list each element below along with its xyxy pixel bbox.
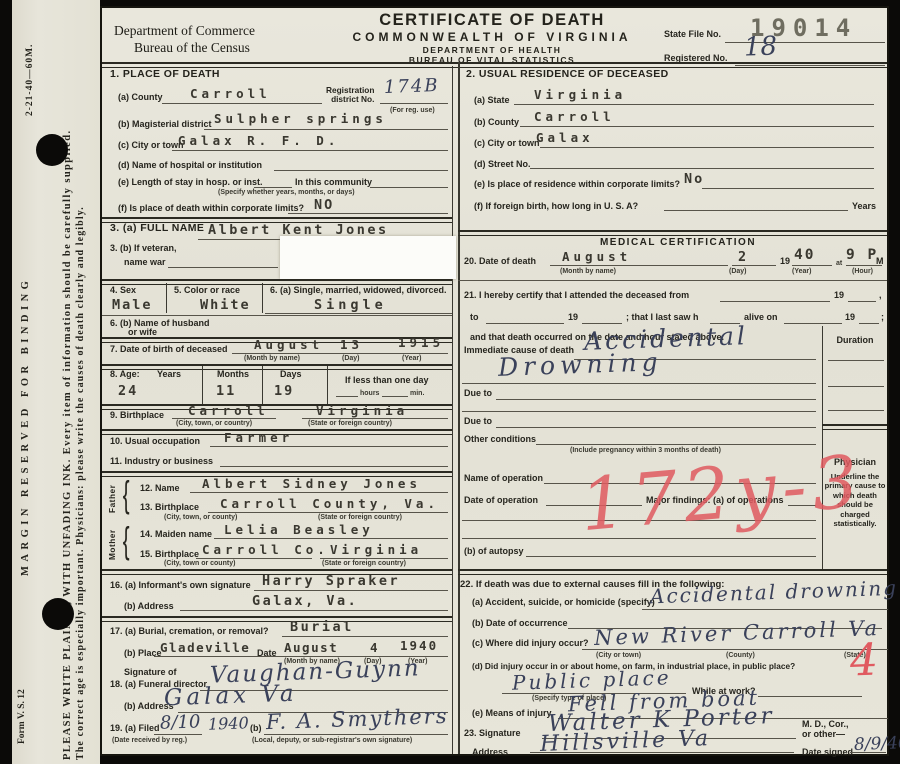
mother-birthplace-label: 15. Birthplace bbox=[140, 550, 199, 559]
rule bbox=[784, 323, 842, 324]
certificate-title: CERTIFICATE OF DEATH bbox=[322, 12, 662, 29]
age-days-value: 19 bbox=[274, 384, 294, 398]
year-caption: (Year) bbox=[402, 355, 421, 362]
rule bbox=[458, 280, 887, 281]
spouse-label-line1: 6. (b) Name of husband bbox=[110, 319, 210, 328]
rule bbox=[732, 265, 776, 266]
hours-label: hours bbox=[360, 390, 379, 397]
burial-value: Burial bbox=[290, 620, 354, 634]
due-to-label-1: Due to bbox=[464, 389, 492, 398]
sex-label: 4. Sex bbox=[110, 286, 136, 295]
rule bbox=[232, 353, 448, 354]
medical-certification-title: MEDICAL CERTIFICATION bbox=[558, 238, 798, 249]
rule bbox=[380, 103, 448, 104]
punch-hole bbox=[36, 134, 68, 166]
funeral-director-address: Galax Va bbox=[164, 682, 298, 711]
injury-county-caption: (County) bbox=[726, 652, 755, 659]
date-of-death-day: 2 bbox=[738, 250, 748, 264]
maiden-name-label: 14. Maiden name bbox=[140, 530, 212, 539]
occupation-value: Farmer bbox=[224, 431, 293, 444]
column-divider bbox=[452, 66, 453, 754]
residence-city-value: Galax bbox=[536, 131, 594, 144]
means-of-injury-label: (e) Means of injury bbox=[472, 709, 552, 718]
dod-month-caption: (Month by name) bbox=[560, 268, 616, 275]
residence-state-label: (a) State bbox=[474, 96, 510, 105]
cell-divider bbox=[262, 283, 263, 313]
certify2-19a: 19 bbox=[568, 313, 578, 322]
cell-divider bbox=[262, 366, 263, 404]
informant-addr-label: (b) Address bbox=[124, 602, 174, 611]
duration-divider bbox=[822, 424, 887, 430]
rule bbox=[828, 410, 884, 411]
residence-corporate-value: No bbox=[684, 172, 704, 186]
rule bbox=[526, 556, 816, 557]
birthplace-label: 9. Birthplace bbox=[110, 411, 164, 420]
binding-margin: 2-21-40—60M. MARGIN RESERVED FOR BINDING… bbox=[12, 0, 100, 764]
father-bp-city-caption: (City, town, or county) bbox=[164, 514, 237, 521]
red-pencil-number: 4 bbox=[849, 638, 879, 685]
mother-birthplace-state: Virginia bbox=[330, 543, 422, 556]
section-divider bbox=[102, 616, 452, 622]
birthplace-city: Carroll bbox=[188, 404, 269, 417]
registrar-sig-caption: (Local, deputy, or sub-registrar's own s… bbox=[252, 737, 412, 744]
registrar-signature: F. A. Smythers bbox=[266, 705, 449, 733]
industry-label: 11. Industry or business bbox=[110, 457, 213, 466]
pod-county-label: (a) County bbox=[118, 93, 163, 102]
filed-label: 19. (a) Filed bbox=[110, 724, 160, 733]
rule bbox=[370, 187, 448, 188]
dod-year-caption: (Year) bbox=[792, 268, 811, 275]
rule bbox=[162, 103, 322, 104]
rule bbox=[520, 126, 874, 127]
mother-birthplace-city: Carroll Co. bbox=[202, 543, 329, 556]
certify2-19b: 19 bbox=[845, 313, 855, 322]
foreign-birth-label: (f) If foreign birth, how long in U. S. … bbox=[474, 202, 638, 211]
full-name-label: 3. (a) FULL NAME bbox=[110, 223, 204, 234]
informant-addr-value: Galax, Va. bbox=[252, 594, 358, 608]
funeral-sig-label-line1: Signature of bbox=[124, 668, 177, 677]
rule bbox=[210, 446, 448, 447]
rule bbox=[582, 649, 888, 650]
injury-place-label: (c) Where did injury occur? bbox=[472, 639, 589, 648]
residence-state-value: Virginia bbox=[534, 88, 626, 101]
place-of-death-title: 1. PLACE OF DEATH bbox=[110, 69, 220, 80]
birth-date-label: 7. Date of birth of deceased bbox=[110, 345, 228, 354]
rule bbox=[282, 636, 448, 637]
residence-corporate-label: (e) Is place of residence within corpora… bbox=[474, 180, 680, 189]
rule bbox=[540, 147, 874, 148]
cell-divider bbox=[202, 366, 203, 404]
father-brace: { bbox=[123, 476, 130, 515]
pod-county-value: Carroll bbox=[190, 87, 271, 100]
birth-month: August bbox=[254, 338, 323, 351]
immediate-cause-value-line2: Drowning bbox=[498, 349, 663, 381]
print-code: 2-21-40—60M. bbox=[26, 44, 36, 116]
for-reg-use-note: (For reg. use) bbox=[390, 107, 435, 114]
rule bbox=[265, 313, 452, 314]
rule bbox=[859, 323, 879, 324]
age-label: 8. Age: bbox=[110, 370, 140, 379]
pod-corporate-label: (f) Is place of death within corporate l… bbox=[118, 204, 304, 213]
birthplace-state-caption: (State or foreign country) bbox=[308, 420, 392, 427]
at-label: at bbox=[836, 260, 842, 267]
father-name-value: Albert Sidney Jones bbox=[202, 477, 421, 490]
race-value: White bbox=[200, 298, 251, 312]
filed-date-caption: (Date received by reg.) bbox=[112, 737, 187, 744]
dept-of-health: DEPARTMENT OF HEALTH bbox=[322, 46, 662, 55]
certify2-alive: alive on bbox=[744, 313, 778, 322]
burial-place-label: (b) Place bbox=[124, 649, 162, 658]
cell-divider bbox=[166, 283, 167, 313]
md-cor-label-line2: or other— bbox=[802, 730, 845, 739]
filed-year: 1940 bbox=[208, 715, 249, 733]
burial-label: 17. (a) Burial, cremation, or removal? bbox=[110, 627, 269, 636]
rule bbox=[514, 104, 874, 105]
filed-date: 8/10 bbox=[160, 713, 201, 733]
rule bbox=[274, 170, 448, 171]
rule bbox=[154, 734, 202, 735]
father-bp-state-caption: (State or foreign country) bbox=[318, 514, 402, 521]
rule bbox=[208, 512, 448, 513]
burial-date-year: 1940 bbox=[400, 639, 438, 652]
section-divider bbox=[102, 364, 452, 370]
rule bbox=[190, 492, 448, 493]
rule bbox=[496, 427, 816, 428]
rule bbox=[462, 383, 816, 384]
years-label: Years bbox=[852, 202, 876, 211]
rule bbox=[172, 418, 276, 419]
certify-line1: 21. I hereby certify that I attended the… bbox=[464, 291, 689, 300]
certify2-lastsaw: ; that I last saw h bbox=[626, 313, 699, 322]
mother-bp-state-caption: (State or foreign country) bbox=[322, 560, 406, 567]
punch-hole bbox=[42, 598, 74, 630]
occurrence-date-label: (b) Date of occurrence bbox=[472, 619, 568, 628]
residence-county-label: (b) County bbox=[474, 118, 519, 127]
birth-day: 13 bbox=[340, 338, 363, 351]
injury-city-caption: (City or town) bbox=[596, 652, 641, 659]
magisterial-district-label: (b) Magisterial district bbox=[118, 120, 212, 129]
marital-label: 6. (a) Single, married, widowed, divorce… bbox=[270, 286, 447, 295]
veteran-label-line2: name war bbox=[124, 258, 166, 267]
age-months-value: 11 bbox=[216, 384, 236, 398]
informant-sig-label: 16. (a) Informant's own signature bbox=[110, 581, 251, 590]
rule bbox=[288, 213, 448, 214]
age-years-value: 24 bbox=[118, 384, 138, 398]
father-name-label: 12. Name bbox=[140, 484, 180, 493]
reg-district-number: 174B bbox=[384, 77, 440, 98]
dod-hour-caption: (Hour) bbox=[852, 268, 873, 275]
section-divider bbox=[458, 569, 887, 575]
rule bbox=[382, 396, 408, 397]
residence-county-value: Carroll bbox=[534, 110, 615, 123]
mother-name-value: Lelia Beasley bbox=[224, 523, 374, 536]
burial-date-label: Date bbox=[257, 649, 277, 658]
street-no-label: (d) Street No. bbox=[474, 160, 531, 169]
section-divider bbox=[458, 230, 887, 236]
column-divider bbox=[458, 62, 460, 754]
certify1-comma: , bbox=[879, 291, 882, 300]
binding-note: MARGIN RESERVED FOR BINDING bbox=[20, 277, 31, 576]
date-signed-label: Date signed bbox=[802, 748, 853, 757]
rule bbox=[582, 323, 622, 324]
birthplace-city-caption: (City, town, or country) bbox=[176, 420, 252, 427]
agency-line1: Department of Commerce bbox=[114, 24, 255, 38]
less-than-day-label: If less than one day bbox=[345, 376, 429, 385]
operation-name-label: Name of operation bbox=[464, 474, 543, 483]
rule bbox=[254, 187, 292, 188]
rule bbox=[720, 301, 830, 302]
rule bbox=[828, 360, 884, 361]
rule bbox=[758, 696, 862, 697]
stay-note: (Specify whether years, months, or days) bbox=[218, 189, 355, 196]
reg-district-label-line2: district No. bbox=[326, 95, 374, 104]
rule bbox=[536, 444, 816, 445]
registered-number-handwritten: 18 bbox=[744, 33, 778, 61]
burial-place-value: Gladeville bbox=[160, 641, 250, 654]
state-file-label: State File No. bbox=[664, 30, 721, 39]
due-to-label-2: Due to bbox=[464, 417, 492, 426]
rule bbox=[642, 609, 888, 610]
rule bbox=[168, 267, 278, 268]
rule bbox=[180, 610, 448, 611]
informant-sig-value: Harry Spraker bbox=[262, 574, 400, 588]
community-label: In this community bbox=[295, 178, 372, 187]
rule bbox=[302, 418, 448, 419]
hospital-label: (d) Name of hospital or institution bbox=[118, 161, 262, 170]
rule bbox=[172, 150, 448, 151]
residence-title: 2. USUAL RESIDENCE OF DECEASED bbox=[466, 69, 669, 80]
rule bbox=[530, 752, 794, 753]
date-of-death-label: 20. Date of death bbox=[464, 257, 536, 266]
age-years-label: Years bbox=[157, 370, 181, 379]
margin-advice-line2: The correct age is especially important.… bbox=[76, 32, 87, 760]
reg-district-label: Registration district No. bbox=[326, 86, 374, 103]
certify1-19: 19 bbox=[834, 291, 844, 300]
certify2-to: to bbox=[470, 313, 479, 322]
month-caption: (Month by name) bbox=[244, 355, 300, 362]
date-of-death-year: 40 bbox=[794, 248, 815, 263]
rule bbox=[102, 315, 452, 316]
rule bbox=[204, 129, 448, 130]
other-conditions-label: Other conditions bbox=[464, 435, 536, 444]
marital-value: Single bbox=[314, 298, 387, 312]
rule bbox=[336, 396, 358, 397]
age-days-label: Days bbox=[280, 370, 302, 379]
rule bbox=[550, 265, 728, 266]
physician-sig-label: 23. Signature bbox=[464, 729, 521, 738]
rule bbox=[254, 590, 448, 591]
rule bbox=[530, 168, 874, 169]
mother-brace: { bbox=[123, 522, 130, 561]
burial-date-month: August bbox=[284, 641, 338, 654]
redaction-box bbox=[280, 236, 456, 279]
rule bbox=[486, 323, 564, 324]
operation-date-label: Date of operation bbox=[464, 496, 538, 505]
cell-divider bbox=[327, 366, 328, 404]
day-caption: (Day) bbox=[342, 355, 360, 362]
mother-label: Mother bbox=[108, 529, 117, 560]
race-label: 5. Color or race bbox=[174, 286, 240, 295]
commonwealth-subtitle: COMMONWEALTH OF VIRGINIA bbox=[322, 31, 662, 44]
date-of-death-hour: 9 P bbox=[846, 248, 878, 263]
certify2-semicolon: ; bbox=[881, 313, 884, 322]
stay-label: (e) Length of stay in hosp. or inst. bbox=[118, 178, 263, 187]
rule bbox=[828, 386, 884, 387]
duration-label: Duration bbox=[824, 336, 886, 345]
autopsy-label: (b) of autopsy bbox=[464, 547, 524, 556]
form-number: Form V. S. 12 bbox=[18, 689, 28, 744]
dod-day-caption: (Day) bbox=[729, 268, 747, 275]
rule bbox=[850, 752, 886, 753]
min-label: min. bbox=[410, 390, 424, 397]
rule bbox=[496, 399, 816, 400]
pod-city-value: Galax R. F. D. bbox=[178, 134, 339, 147]
occupation-label: 10. Usual occupation bbox=[110, 437, 200, 446]
date-of-death-month: August bbox=[562, 250, 631, 263]
rule bbox=[264, 734, 448, 735]
burial-date-day: 4 bbox=[370, 641, 380, 654]
agency-line2: Bureau of the Census bbox=[134, 41, 250, 55]
death-certificate-form: Department of Commerce Bureau of the Cen… bbox=[100, 6, 889, 756]
age-months-label: Months bbox=[217, 370, 249, 379]
pod-corporate-value: NO bbox=[314, 198, 334, 212]
accident-label: (a) Accident, suicide, or homicide (spec… bbox=[472, 598, 655, 607]
rule bbox=[702, 188, 874, 189]
residence-city-label: (c) City or town bbox=[474, 139, 540, 148]
birth-year: 1915 bbox=[398, 336, 444, 349]
rule bbox=[320, 558, 448, 559]
rule bbox=[664, 210, 848, 211]
rule bbox=[220, 466, 448, 467]
father-label: Father bbox=[108, 485, 117, 513]
physician-addr-label: Address bbox=[472, 748, 508, 757]
rule bbox=[214, 538, 448, 539]
rule bbox=[792, 265, 832, 266]
mother-bp-city-caption: (City, town or county) bbox=[164, 560, 235, 567]
accident-value: Accidental drowning bbox=[650, 578, 899, 608]
magisterial-district-value: Sulpher springs bbox=[214, 112, 387, 125]
father-birthplace-label: 13. Birthplace bbox=[140, 503, 199, 512]
sex-value: Male bbox=[112, 298, 153, 312]
veteran-label-line1: 3. (b) If veteran, bbox=[110, 244, 177, 253]
rule bbox=[848, 301, 876, 302]
rule bbox=[196, 558, 312, 559]
birthplace-state: Virginia bbox=[316, 404, 408, 417]
father-birthplace-value: Carroll County, Va. bbox=[220, 497, 439, 510]
m-label: M bbox=[876, 257, 884, 266]
rule bbox=[462, 411, 816, 412]
year-prefix: 19 bbox=[780, 257, 790, 266]
injury-place-value: New River Carroll Va bbox=[594, 617, 881, 649]
filed-b-label: (b) bbox=[250, 724, 262, 733]
